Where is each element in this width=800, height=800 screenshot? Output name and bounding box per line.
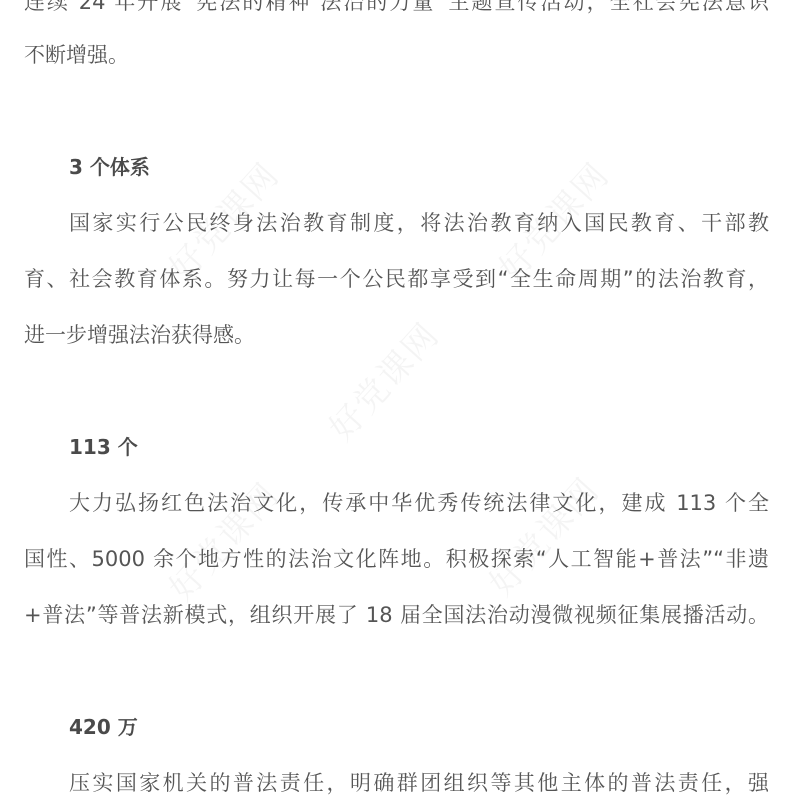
paragraph-line: 压实国家机关的普法责任，明确群团组织等其他主体的普法责任，强: [69, 769, 769, 797]
section-heading: 113 个: [69, 433, 138, 461]
paragraph-line: 国家实行公民终身法治教育制度，将法治教育纳入国民教育、干部教: [69, 209, 769, 237]
paragraph-line: +普法”等普法新模式，组织开展了 18 届全国法治动漫微视频征集展播活动。: [24, 601, 769, 629]
paragraph-line: 大力弘扬红色法治文化，传承中华优秀传统法律文化，建成 113 个全: [69, 489, 769, 517]
article-page: 好党课网 好党课网 好党课网 好党课网 好党课网 连续 24 年开展“宪法的精神…: [0, 0, 800, 800]
section-heading: 420 万: [69, 713, 138, 741]
paragraph-line: 国性、5000 余个地方性的法治文化阵地。积极探索“人工智能+普法”“非遗: [24, 545, 769, 573]
paragraph-line: 进一步增强法治获得感。: [24, 321, 769, 349]
paragraph-line: 连续 24 年开展“宪法的精神 法治的力量”主题宣传活动，全社会宪法意识: [24, 0, 769, 16]
section-heading: 3 个体系: [69, 153, 150, 181]
paragraph-line: 不断增强。: [24, 41, 769, 69]
watermark: 好党课网: [476, 465, 609, 605]
paragraph-line: 育、社会教育体系。努力让每一个公民都享受到“全生命周期”的法治教育，: [24, 265, 769, 293]
